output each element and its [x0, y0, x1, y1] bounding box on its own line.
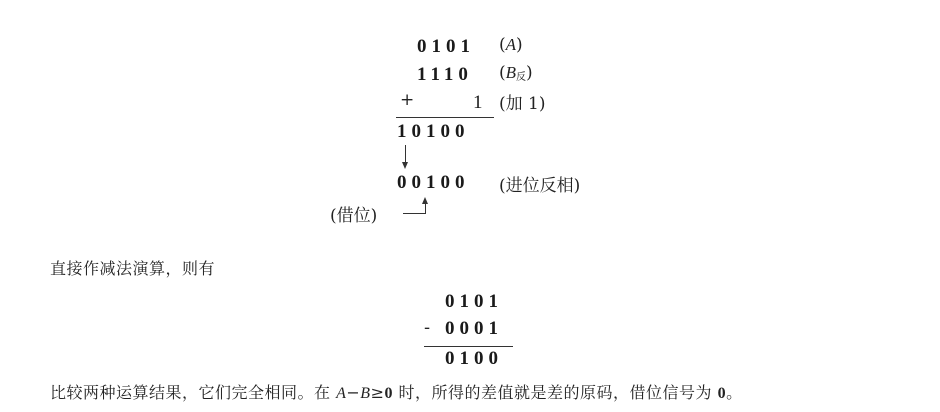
var-a: A [506, 35, 516, 54]
operand-a-label: (A) [499, 35, 523, 55]
minuend-digits: 0101 [445, 291, 503, 313]
plus-operator: + [400, 90, 414, 110]
subtrahend-digits: 0001 [445, 318, 503, 340]
sum-rule [396, 117, 494, 118]
result-digits: 00100 [397, 172, 470, 194]
sum-digits: 10100 [397, 121, 470, 143]
conclusion-text: 比较两种运算结果，它们完全相同。在 A−B≥0 时，所得的差值就是差的原码，借位… [50, 380, 743, 403]
operand-b-label: (B反) [499, 63, 533, 83]
paren-open: ( [499, 35, 506, 55]
operand-a-digits: 0101 [417, 36, 475, 58]
add-one-label: (加 1) [499, 89, 545, 114]
conclusion-part2: 时，所得的差值就是差的原码，借位信号为 [393, 383, 718, 402]
conclusion-part1: 比较两种运算结果，它们完全相同。在 [50, 383, 336, 402]
ge-sign: ≥ [371, 383, 385, 402]
var-b: B [360, 385, 370, 402]
paren-close: ) [526, 63, 533, 83]
minus-operator: - [424, 317, 430, 338]
borrow-arrow-horizontal [403, 213, 425, 214]
intro-text: 直接作减法演算，则有 [50, 256, 215, 279]
zero-value: 0 [384, 385, 393, 402]
operand-b-inverted-digits: 1110 [417, 64, 473, 86]
difference-rule [424, 346, 513, 347]
carry-invert-label: (进位反相) [499, 171, 580, 196]
paren-close: ) [516, 35, 523, 55]
borrow-zero-value: 0 [718, 385, 727, 402]
borrow-label: (借位) [330, 201, 377, 226]
difference-digits: 0100 [445, 348, 503, 370]
add-one-digit: 1 [473, 92, 488, 114]
paren-open: ( [499, 63, 506, 83]
var-a: A [336, 385, 346, 402]
minus-sign: − [346, 383, 360, 402]
subscript-inverted: 反 [516, 72, 526, 83]
period: 。 [726, 383, 743, 402]
var-b: B [506, 63, 516, 82]
arrow-up-icon [422, 197, 428, 204]
arrow-down-icon [402, 162, 408, 169]
